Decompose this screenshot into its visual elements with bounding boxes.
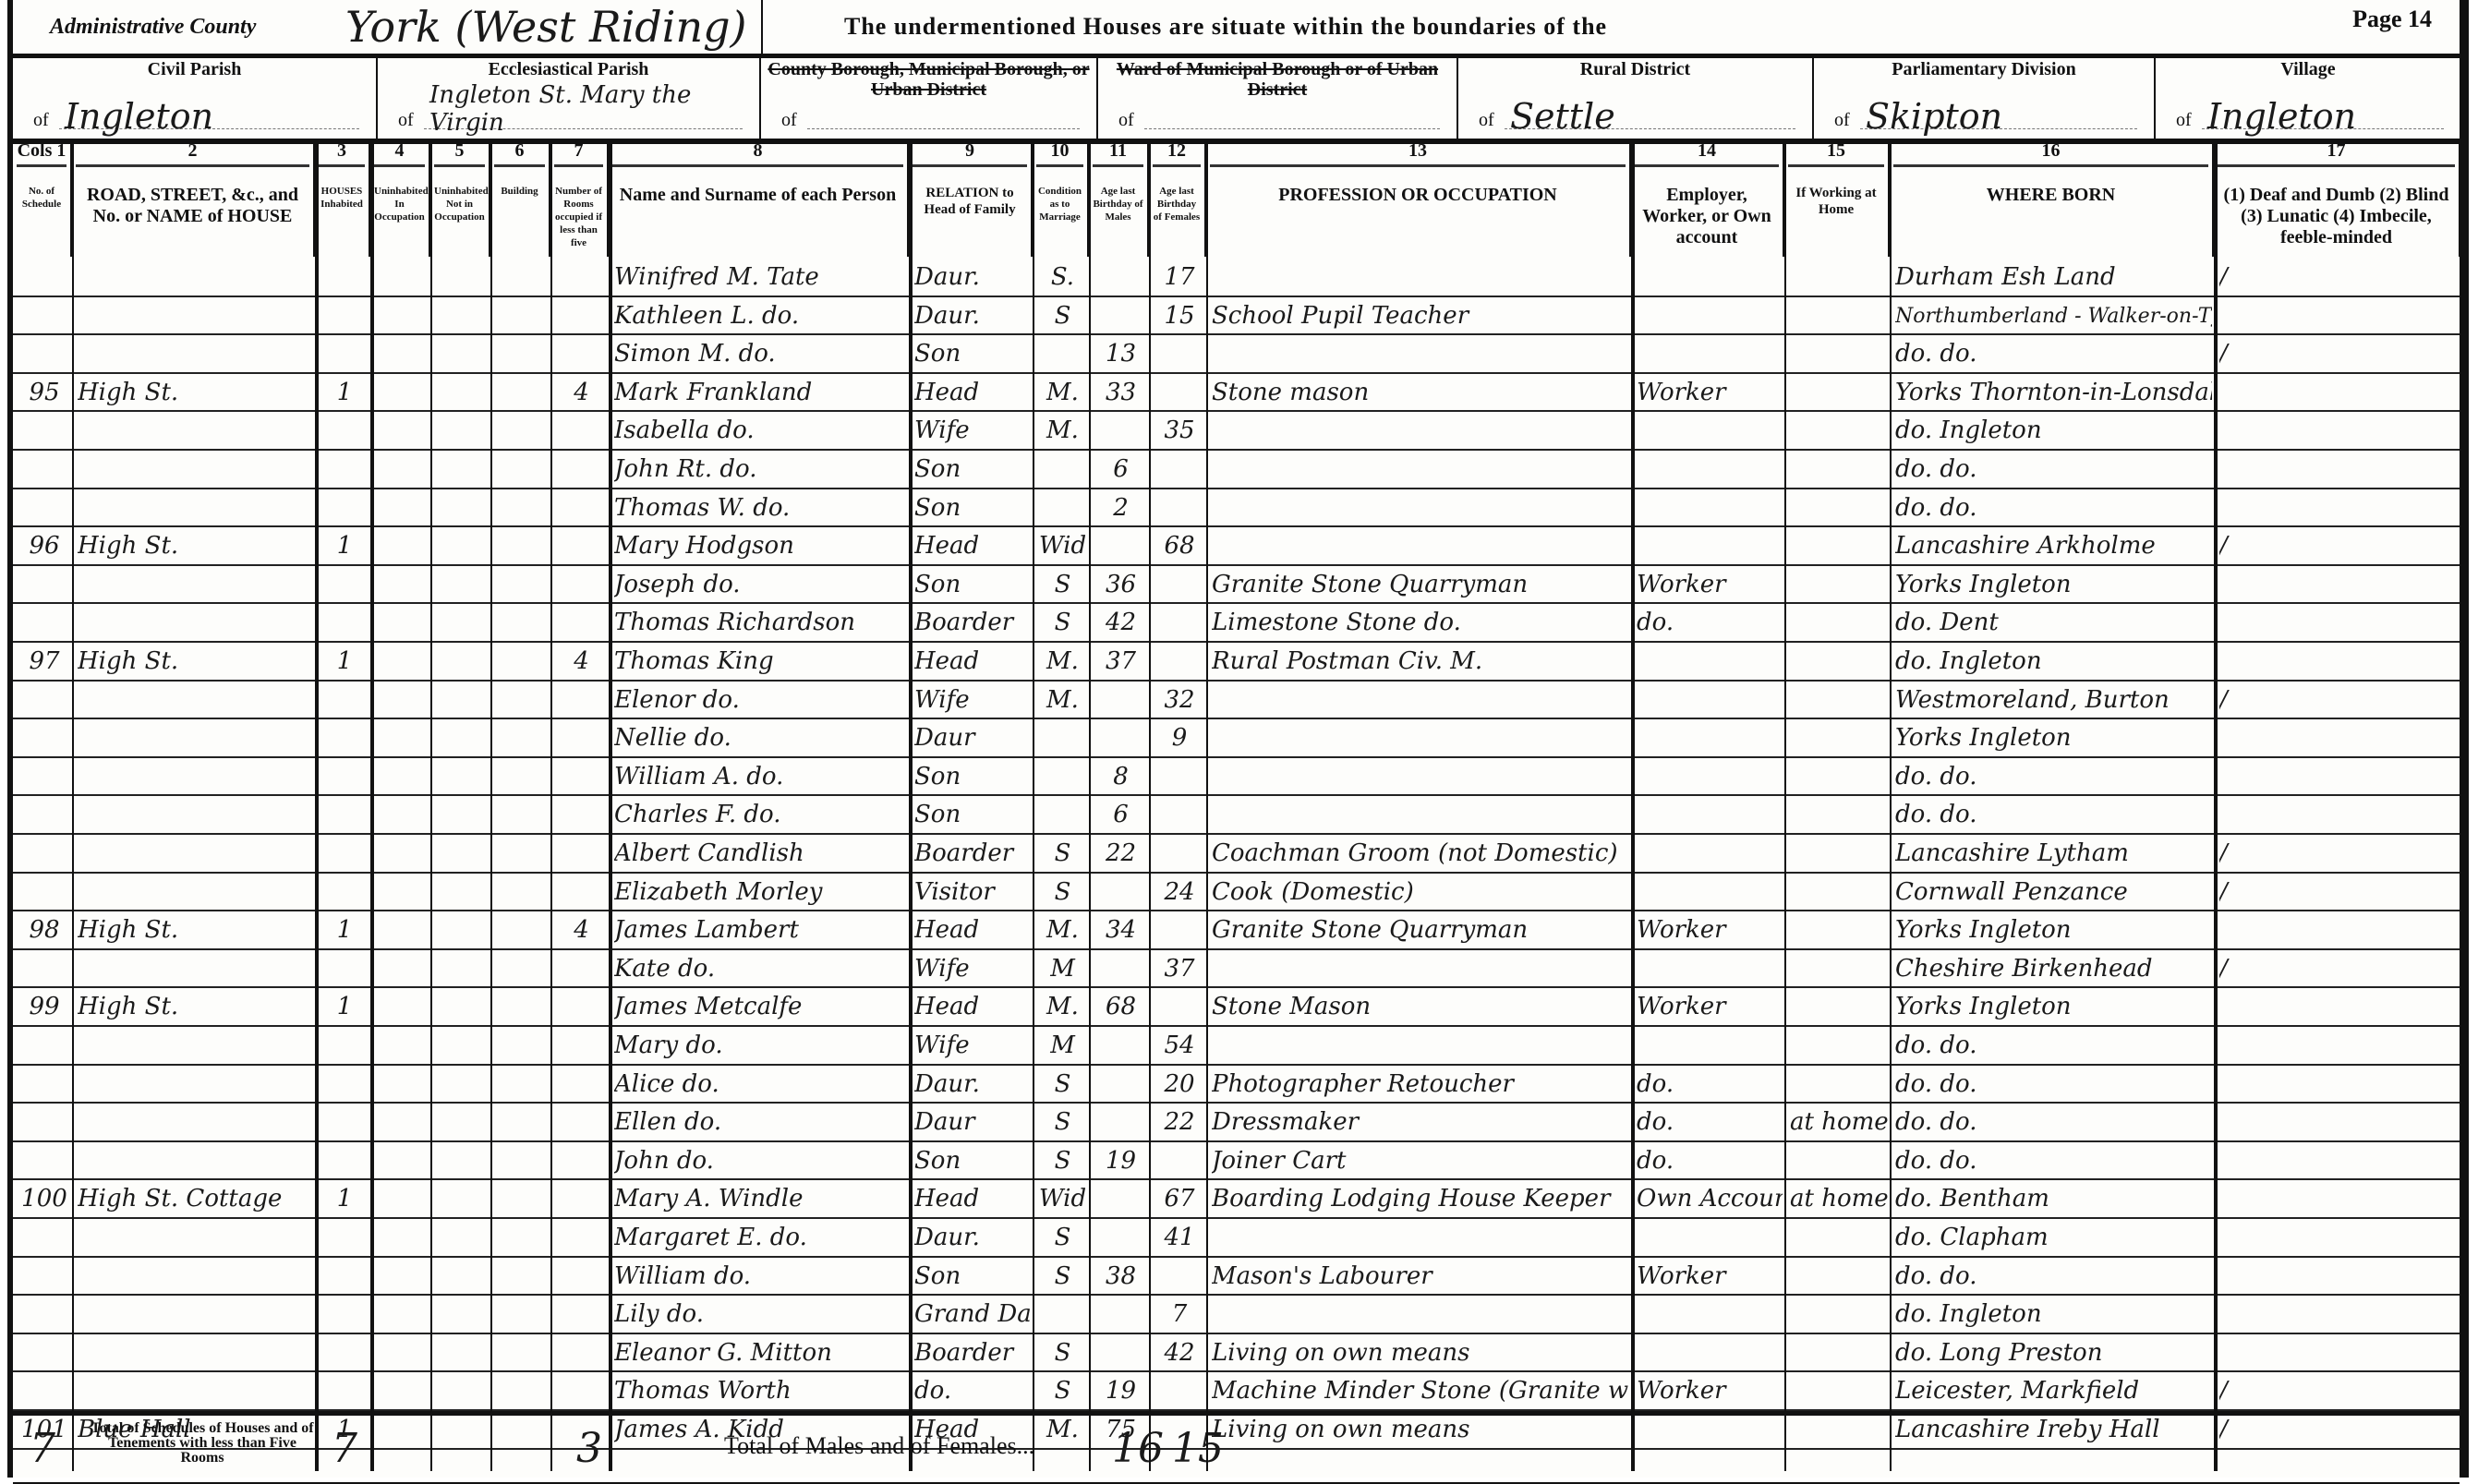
cell-born: Yorks Ingleton	[1895, 564, 2212, 603]
cell-cond	[1038, 488, 1087, 526]
cell-occ: Granite Stone Quarryman	[1212, 564, 1629, 603]
cell-male: 6	[1094, 449, 1147, 488]
cell-male: 68	[1094, 986, 1147, 1025]
cell-street: High St. Cottage	[78, 1178, 313, 1217]
cell-inhab	[320, 410, 369, 449]
table-row: 99High St.1James MetcalfeHeadM.68Stone M…	[13, 986, 2460, 1027]
cell-cond	[1038, 794, 1087, 833]
cell-cond: S	[1038, 1140, 1087, 1179]
column-divider	[1149, 139, 1151, 1471]
cell-occ	[1212, 948, 1629, 987]
area-of: of	[33, 110, 49, 131]
cell-name: Lily do.	[614, 1294, 907, 1333]
cell-sched	[18, 1217, 70, 1256]
cell-home	[1790, 948, 1888, 987]
column-rule	[17, 164, 66, 167]
cell-home	[1790, 449, 1888, 488]
cell-home	[1790, 872, 1888, 911]
cell-emp	[1637, 756, 1783, 795]
cell-male	[1094, 410, 1147, 449]
totals-row: 7 Total of Schedules of Houses and of Te…	[13, 1411, 2460, 1484]
cell-name: Alice do.	[614, 1064, 907, 1103]
cell-rooms	[556, 564, 607, 603]
sex-totals-label: Total of Males and of Females...	[724, 1432, 1034, 1460]
table-row: John do.SonS19Joiner Cartdo.do. do.	[13, 1140, 2460, 1181]
cell-sched: 100	[18, 1178, 70, 1217]
cell-male: 6	[1094, 794, 1147, 833]
cell-born: do. do.	[1895, 449, 2212, 488]
cell-male: 36	[1094, 564, 1147, 603]
situate-text: The undermentioned Houses are situate wi…	[844, 13, 1607, 41]
cell-cond	[1038, 756, 1087, 795]
cell-inhab	[320, 564, 369, 603]
area-of: of	[398, 110, 414, 131]
column-divider	[909, 139, 913, 1471]
cell-street	[78, 1102, 313, 1140]
cell-rel: Head	[914, 1178, 1031, 1217]
cell-home	[1790, 602, 1888, 641]
cell-male	[1094, 296, 1147, 334]
cell-sched	[18, 602, 70, 641]
area-value: Skipton	[1866, 96, 2002, 137]
cell-occ: Joiner Cart	[1212, 1140, 1629, 1179]
cell-name: John Rt. do.	[614, 449, 907, 488]
cell-born: Yorks Ingleton	[1895, 910, 2212, 948]
cell-home	[1790, 986, 1888, 1025]
area-of: of	[781, 110, 797, 131]
cell-rel: do.	[914, 1370, 1031, 1409]
cell-emp	[1637, 1025, 1783, 1064]
cell-occ	[1212, 410, 1629, 449]
cell-sched	[18, 257, 70, 296]
cell-rel: Son	[914, 1256, 1031, 1295]
cell-home	[1790, 410, 1888, 449]
cell-female	[1154, 1370, 1204, 1409]
column-number: 6	[490, 140, 549, 162]
table-row: Alice do.Daur.S20Photographer Retoucherd…	[13, 1064, 2460, 1104]
cell-home	[1790, 641, 1888, 680]
cell-cond: S	[1038, 833, 1087, 872]
cell-emp	[1637, 833, 1783, 872]
cell-mark	[2219, 910, 2459, 948]
cell-home	[1790, 1025, 1888, 1064]
table-row: 97High St.14Thomas KingHeadM.37Rural Pos…	[13, 641, 2460, 682]
cell-mark: /	[2219, 525, 2459, 564]
cell-street	[78, 680, 313, 718]
cell-mark	[2219, 718, 2459, 756]
cell-sched	[18, 680, 70, 718]
cell-rooms	[556, 1217, 607, 1256]
column-header-17: 17(1) Deaf and Dumb (2) Blind (3) Lunati…	[2214, 139, 2460, 257]
cell-male: 22	[1094, 833, 1147, 872]
cell-rel: Son	[914, 449, 1031, 488]
cell-emp	[1637, 641, 1783, 680]
cell-street	[78, 564, 313, 603]
area-6: Parliamentary DivisionofSkipton	[1814, 54, 2156, 139]
cell-emp: Worker	[1637, 910, 1783, 948]
cell-sched	[18, 1370, 70, 1409]
cell-male: 37	[1094, 641, 1147, 680]
cell-name: Joseph do.	[614, 564, 907, 603]
cell-sched	[18, 1102, 70, 1140]
cell-born: Leicester, Markfield	[1895, 1370, 2212, 1409]
cell-street	[78, 1256, 313, 1295]
cell-female	[1154, 602, 1204, 641]
cell-rel: Wife	[914, 410, 1031, 449]
cell-cond	[1038, 1294, 1087, 1333]
cell-emp	[1637, 948, 1783, 987]
column-header-11: 11Age last Birthday of Males	[1089, 139, 1149, 257]
cell-emp	[1637, 794, 1783, 833]
cell-mark	[2219, 794, 2459, 833]
cell-mark: /	[2219, 257, 2459, 296]
table-row: Thomas W. do.Son2do. do.	[13, 488, 2460, 528]
cell-female: 20	[1154, 1064, 1204, 1103]
column-divider	[72, 139, 74, 1471]
cell-sched	[18, 1140, 70, 1179]
cell-rel: Grand Daur	[914, 1294, 1031, 1333]
cell-male	[1094, 948, 1147, 987]
cell-born: Yorks Ingleton	[1895, 718, 2212, 756]
cell-female	[1154, 488, 1204, 526]
cell-cond: S	[1038, 1256, 1087, 1295]
cell-female: 37	[1154, 948, 1204, 987]
column-divider	[370, 139, 374, 1471]
column-number: 13	[1206, 140, 1629, 162]
cell-sched	[18, 449, 70, 488]
cell-rooms	[556, 1256, 607, 1295]
column-divider	[1089, 139, 1091, 1471]
column-number: 9	[909, 140, 1031, 162]
cell-inhab: 1	[320, 986, 369, 1025]
cell-male: 42	[1094, 602, 1147, 641]
cell-rel: Son	[914, 333, 1031, 372]
cell-home	[1790, 296, 1888, 334]
column-divider	[1631, 139, 1635, 1471]
cell-mark: /	[2219, 680, 2459, 718]
cell-name: Charles F. do.	[614, 794, 907, 833]
cell-inhab: 1	[320, 641, 369, 680]
table-row: Margaret E. do.Daur.S41do. Clapham	[13, 1217, 2460, 1258]
cell-occ	[1212, 449, 1629, 488]
cell-born: do. do.	[1895, 1140, 2212, 1179]
column-header-6: 6Building	[490, 139, 550, 257]
cell-mark	[2219, 1333, 2459, 1371]
cell-emp: do.	[1637, 1140, 1783, 1179]
area-1: Civil ParishofIngleton	[13, 54, 378, 139]
column-number: 14	[1631, 140, 1783, 162]
cell-inhab	[320, 794, 369, 833]
cell-female: 35	[1154, 410, 1204, 449]
cell-inhab	[320, 1256, 369, 1295]
column-number: 7	[550, 140, 607, 162]
cell-female	[1154, 564, 1204, 603]
cell-mark	[2219, 1140, 2459, 1179]
cell-name: Margaret E. do.	[614, 1217, 907, 1256]
cell-sched	[18, 872, 70, 911]
cell-inhab	[320, 296, 369, 334]
cell-occ: Granite Stone Quarryman	[1212, 910, 1629, 948]
cell-sched: 96	[18, 525, 70, 564]
cell-street	[78, 1217, 313, 1256]
cell-rel: Son	[914, 1140, 1031, 1179]
cell-name: Thomas W. do.	[614, 488, 907, 526]
cell-female	[1154, 986, 1204, 1025]
cell-inhab	[320, 1064, 369, 1103]
cell-male	[1094, 1294, 1147, 1333]
table-row: William do.SonS38Mason's LabourerWorkerd…	[13, 1256, 2460, 1297]
cell-street	[78, 872, 313, 911]
cell-occ: School Pupil Teacher	[1212, 296, 1629, 334]
cell-cond: S	[1038, 1217, 1087, 1256]
area-3: County Borough, Municipal Borough, or Ur…	[761, 54, 1098, 139]
cell-female: 24	[1154, 872, 1204, 911]
cell-sched	[18, 756, 70, 795]
cell-name: James Metcalfe	[614, 986, 907, 1025]
cell-female	[1154, 910, 1204, 948]
area-value: Ingleton	[2207, 96, 2356, 137]
table-row: Simon M. do.Son13do. do./	[13, 333, 2460, 374]
cell-inhab	[320, 872, 369, 911]
column-label: If Working at Home	[1788, 185, 1884, 218]
cell-sched	[18, 1025, 70, 1064]
cell-sched	[18, 794, 70, 833]
cell-emp	[1637, 488, 1783, 526]
column-divider	[1033, 139, 1034, 1471]
cell-rooms	[556, 1140, 607, 1179]
cell-rel: Wife	[914, 948, 1031, 987]
cell-born: do. Clapham	[1895, 1217, 2212, 1256]
cell-occ: Stone mason	[1212, 372, 1629, 411]
cell-inhab: 1	[320, 1178, 369, 1217]
cell-home	[1790, 1217, 1888, 1256]
cell-sched	[18, 564, 70, 603]
cell-rooms	[556, 1294, 607, 1333]
table-row: Mary do.WifeM54do. do.	[13, 1025, 2460, 1066]
schedules-total: 7	[30, 1425, 55, 1472]
area-value: Settle	[1510, 96, 1615, 137]
cell-sched: 99	[18, 986, 70, 1025]
cell-female: 67	[1154, 1178, 1204, 1217]
cell-rooms: 4	[556, 372, 607, 411]
table-row: 96High St.1Mary HodgsonHeadWid68Lancashi…	[13, 525, 2460, 566]
cell-name: Elenor do.	[614, 680, 907, 718]
cell-inhab	[320, 257, 369, 296]
males-total: 16	[1112, 1425, 1164, 1472]
table-row: Kate do.WifeM37Cheshire Birkenhead/	[13, 948, 2460, 989]
cell-male: 8	[1094, 756, 1147, 795]
cell-rel: Daur.	[914, 257, 1031, 296]
cell-rel: Daur.	[914, 1217, 1031, 1256]
cell-rooms	[556, 794, 607, 833]
cell-rel: Head	[914, 641, 1031, 680]
cell-rooms	[556, 410, 607, 449]
cell-male: 19	[1094, 1370, 1147, 1409]
cell-male	[1094, 1217, 1147, 1256]
cell-rooms	[556, 718, 607, 756]
cell-female: 9	[1154, 718, 1204, 756]
cell-street: High St.	[78, 910, 313, 948]
cell-rooms	[556, 680, 607, 718]
cell-rooms	[556, 948, 607, 987]
column-rule	[374, 164, 425, 167]
area-of: of	[1118, 110, 1134, 131]
column-rule	[319, 164, 365, 167]
cell-street	[78, 488, 313, 526]
cell-male	[1094, 1064, 1147, 1103]
cell-occ: Rural Postman Civ. M.	[1212, 641, 1629, 680]
cell-inhab	[320, 449, 369, 488]
cell-emp	[1637, 257, 1783, 296]
cell-female: 7	[1154, 1294, 1204, 1333]
column-number: 8	[609, 140, 907, 162]
cell-street	[78, 1025, 313, 1064]
cell-street: High St.	[78, 525, 313, 564]
cell-emp: Worker	[1637, 1370, 1783, 1409]
area-value: Ingleton	[65, 96, 213, 137]
cell-rooms	[556, 1370, 607, 1409]
cell-mark: /	[2219, 833, 2459, 872]
cell-rooms	[556, 296, 607, 334]
cell-cond: M.	[1038, 986, 1087, 1025]
cell-street	[78, 1064, 313, 1103]
cell-mark	[2219, 372, 2459, 411]
area-underline	[807, 128, 1080, 129]
cell-emp	[1637, 410, 1783, 449]
cell-born: do. Long Preston	[1895, 1333, 2212, 1371]
column-header-2: 2ROAD, STREET, &c., and No. or NAME of H…	[72, 139, 315, 257]
cell-cond: S	[1038, 602, 1087, 641]
cell-street	[78, 296, 313, 334]
cell-street	[78, 1333, 313, 1371]
cell-inhab	[320, 1140, 369, 1179]
cell-born: do. Ingleton	[1895, 641, 2212, 680]
cell-cond: M.	[1038, 641, 1087, 680]
column-divider	[315, 139, 319, 1471]
cell-occ: Living on own means	[1212, 1333, 1629, 1371]
column-label: No. of Schedule	[17, 185, 66, 211]
cell-mark	[2219, 564, 2459, 603]
cell-male: 13	[1094, 333, 1147, 372]
cell-cond: S.	[1038, 257, 1087, 296]
cell-occ: Machine Minder Stone (Granite works)	[1212, 1370, 1629, 1409]
cell-name: Thomas King	[614, 641, 907, 680]
cell-name: Mary do.	[614, 1025, 907, 1064]
cell-street	[78, 410, 313, 449]
area-label: Ecclesiastical Parish	[378, 59, 759, 79]
cell-name: Elizabeth Morley	[614, 872, 907, 911]
cell-sched	[18, 948, 70, 987]
cell-emp: Worker	[1637, 986, 1783, 1025]
cell-mark: /	[2219, 872, 2459, 911]
column-header-16: 16WHERE BORN	[1890, 139, 2214, 257]
area-underline	[1144, 128, 1440, 129]
cell-male: 33	[1094, 372, 1147, 411]
cell-male	[1094, 257, 1147, 296]
cell-rooms	[556, 1178, 607, 1217]
area-label: Ward of Municipal Borough or of Urban Di…	[1098, 59, 1457, 100]
column-header-5: 5Uninhabited Not in Occupation	[430, 139, 490, 257]
column-rule	[1210, 164, 1626, 167]
column-divider	[2214, 139, 2218, 1471]
area-label: Rural District	[1458, 59, 1812, 79]
cell-street	[78, 1294, 313, 1333]
cell-emp	[1637, 718, 1783, 756]
cell-emp	[1637, 525, 1783, 564]
column-rule	[494, 164, 545, 167]
cell-mark	[2219, 1064, 2459, 1103]
column-label: RELATION to Head of Family	[913, 185, 1027, 218]
cell-born: do. Ingleton	[1895, 1294, 2212, 1333]
cell-sched	[18, 488, 70, 526]
table-row: Thomas Worthdo.S19Machine Minder Stone (…	[13, 1370, 2460, 1411]
cell-born: do. Dent	[1895, 602, 2212, 641]
cell-cond: S	[1038, 564, 1087, 603]
cell-emp	[1637, 333, 1783, 372]
cell-male	[1094, 1025, 1147, 1064]
table-row: Eleanor G. MittonBoarderS42Living on own…	[13, 1333, 2460, 1373]
cell-street	[78, 449, 313, 488]
cell-rooms	[556, 1064, 607, 1103]
cell-occ: Photographer Retoucher	[1212, 1064, 1629, 1103]
column-header-9: 9RELATION to Head of Family	[909, 139, 1033, 257]
cell-home	[1790, 756, 1888, 795]
column-divider	[1206, 139, 1208, 1471]
cell-inhab: 1	[320, 525, 369, 564]
cell-name: Nellie do.	[614, 718, 907, 756]
cell-occ: Cook (Domestic)	[1212, 872, 1629, 911]
table-row: Albert CandlishBoarderS22Coachman Groom …	[13, 833, 2460, 874]
cell-mark	[2219, 410, 2459, 449]
column-label: (1) Deaf and Dumb (2) Blind (3) Lunatic …	[2218, 185, 2455, 248]
column-rule	[1893, 164, 2208, 167]
cell-occ: Coachman Groom (not Domestic)	[1212, 833, 1629, 872]
cell-inhab	[320, 488, 369, 526]
cell-born: Westmoreland, Burton	[1895, 680, 2212, 718]
cell-sched: 98	[18, 910, 70, 948]
cell-occ	[1212, 718, 1629, 756]
cell-home	[1790, 333, 1888, 372]
cell-occ	[1212, 1217, 1629, 1256]
cell-occ: Mason's Labourer	[1212, 1256, 1629, 1295]
cell-sched	[18, 1294, 70, 1333]
cell-inhab	[320, 1025, 369, 1064]
column-divider	[1890, 139, 1892, 1471]
cell-sched	[18, 1256, 70, 1295]
cell-female	[1154, 1140, 1204, 1179]
column-number: 11	[1089, 140, 1147, 162]
table-row: Isabella do.WifeM.35do. Ingleton	[13, 410, 2460, 451]
cell-rel: Boarder	[914, 602, 1031, 641]
schedules-total-label: Total of Schedules of Houses and of Tene…	[87, 1421, 318, 1466]
cell-occ	[1212, 794, 1629, 833]
cell-rooms: 4	[556, 910, 607, 948]
cell-female: 42	[1154, 1333, 1204, 1371]
cell-inhab	[320, 756, 369, 795]
cell-emp: do.	[1637, 1102, 1783, 1140]
cell-rel: Head	[914, 525, 1031, 564]
cell-emp: do.	[1637, 1064, 1783, 1103]
column-rule	[1093, 164, 1143, 167]
column-number: 15	[1784, 140, 1888, 162]
cell-name: Kathleen L. do.	[614, 296, 907, 334]
cell-rooms	[556, 488, 607, 526]
cell-street	[78, 1370, 313, 1409]
cell-street	[78, 833, 313, 872]
cell-cond	[1038, 333, 1087, 372]
cell-rel: Daur.	[914, 1064, 1031, 1103]
cell-occ	[1212, 488, 1629, 526]
